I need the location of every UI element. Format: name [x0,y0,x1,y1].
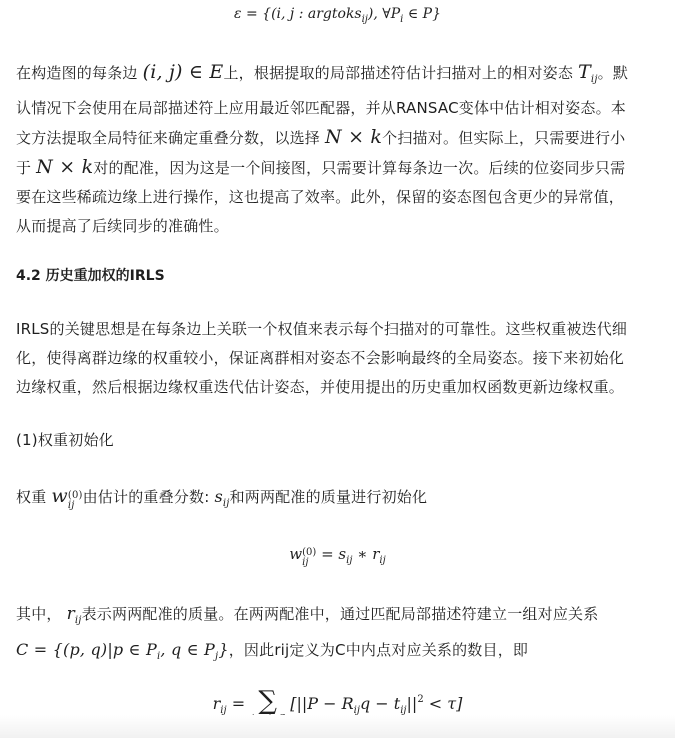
text: 由估计的重叠分数: [83,488,210,506]
text: 权重 [16,488,46,506]
math-initial-weight: w(0)ij [51,485,82,507]
math-n-times-k: N × k [36,156,93,178]
math-correspondence-set: C = {(p, q)|p ∈ Pi, q ∈ Pj} [16,640,229,659]
math-overlap-score: sij [214,487,229,506]
para1-line6: 从而提高了后续同步的准确性。 [16,212,661,241]
para4-line1: 其中， rij表示两两配准的质量。在两两配准中，通过匹配局部描述符建立一组对应关… [16,600,661,635]
text: ，因此rij定义为C中内点对应关系的数目，即 [229,641,528,659]
equation-weight-init: w(0)ij = sij ∗ rij [0,545,675,568]
document-page: ε = {(i, j : argtoksij), ∀Pi ∈ P} 在构造图的每… [0,0,675,738]
text: 个扫描对。但实际上，只需要进行小 [382,129,625,147]
text: 在构造图的每条边 [16,64,138,82]
para1-line2: 认情况下会使用在局部描述符上应用最近邻匹配器，并从RANSAC变体中估计相对姿态… [16,94,661,123]
para2-line3: 边缘权重，然后根据边缘权重迭代估计姿态，并使用提出的历史重加权函数更新边缘权重。 [16,373,661,402]
para2-line1: IRLS的关键思想是在每条边上关联一个权值来表示每个扫描对的可靠性。这些权重被迭… [16,315,661,344]
para1-line1: 在构造图的每条边 (i, j) ∈ E上，根据提取的局部描述符估计扫描对上的相对… [16,58,661,94]
math-relative-pose: Tij [578,61,598,83]
text: 对的配准，因为这是一个间接图，只需要计算每条边一次。后续的位姿同步只需 [93,159,625,177]
para1-line5: 要在这些稀疏边缘上进行操作，这也提高了效率。此外，保留的姿态图包含更少的异常值， [16,183,661,212]
text: 上，根据提取的局部描述符估计扫描对上的相对姿态 [223,64,573,82]
math-rij: rij [67,604,82,624]
text: 。默 [598,64,628,82]
section-heading: 4.2 历史重加权的IRLS [16,265,165,285]
para1-line4: 于 N × k对的配准，因为这是一个间接图，只需要计算每条边一次。后续的位姿同步… [16,153,661,183]
text: 其中， [16,605,62,623]
paragraph-irls-idea: IRLS的关键思想是在每条边上关联一个权值来表示每个扫描对的可靠性。这些权重被迭… [16,315,661,402]
paragraph-weight-init: 权重 w(0)ij由估计的重叠分数: sij和两两配准的质量进行初始化 [16,482,661,518]
equation-edge-set: ε = {(i, j : argtoksij), ∀Pi ∈ P} [0,6,675,25]
text: 于 [16,159,31,177]
text: 表示两两配准的质量。在两两配准中，通过匹配局部描述符建立一组对应关系 [82,605,599,623]
text: 文方法提取全局特征来确定重叠分数，以选择 [16,129,320,147]
subsection-heading: (1)权重初始化 [16,426,661,455]
para1-line3: 文方法提取全局特征来确定重叠分数，以选择 N × k个扫描对。但实际上，只需要进… [16,123,661,153]
text: 和两两配准的质量进行初始化 [230,488,428,506]
paragraph-pose-estimation: 在构造图的每条边 (i, j) ∈ E上，根据提取的局部描述符估计扫描对上的相对… [16,58,661,241]
para2-line2: 化，使得离群边缘的权重较小，保证离群相对姿态不会影响最终的全局姿态。接下来初始化 [16,344,661,373]
para4-line2: C = {(p, q)|p ∈ Pi, q ∈ Pj}，因此rij定义为C中内点… [16,635,661,671]
math-n-times-k: N × k [325,126,382,148]
math-edge: (i, j) ∈ E [143,61,224,83]
paragraph-registration-quality: 其中， rij表示两两配准的质量。在两两配准中，通过匹配局部描述符建立一组对应关… [16,600,661,671]
bottom-fade [0,715,675,738]
